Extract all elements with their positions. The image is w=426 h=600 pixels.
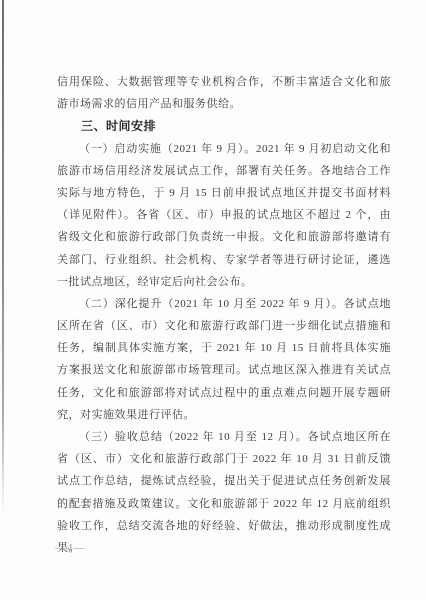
text-line: 的配套措施及政策建议。文化和旅游部于 2022 年 12 月底前组织 (57, 493, 391, 515)
text-line: 任务，文化和旅游部将对试点过程中的重点难点问题开展专题研 (57, 382, 391, 404)
text-line: 验收工作，总结交流各地的好经验、好做法，推动形成制度性成 (57, 515, 391, 537)
text-line: 省（区、市）文化和旅游行政部门于 2022 年 10 月 31 日前反馈 (57, 448, 391, 470)
text-line: 关部门、行业组织、社会机构、专家学者等进行研讨论证，遴选 (57, 249, 391, 271)
text-line: 信用保险、大数据管理等专业机构合作，不断丰富适合文化和旅 (57, 71, 391, 93)
text-line: 旅游市场信用经济发展试点工作，部署有关任务。各地结合工作 (57, 160, 391, 182)
text-line: 任务，编制具体实施方案，于 2021 年 10 月 15 日前将具体实施 (57, 337, 391, 359)
paragraph: （二）深化提升（2021 年 10 月至 2022 年 9 月）。各试点地区所在… (57, 293, 391, 426)
paragraph: （三）验收总结（2022 年 10 月至 12 月）。各试点地区所在省（区、市）… (57, 426, 391, 559)
text-line: 省级文化和旅游行政部门负责统一申报。文化和旅游部将邀请有 (57, 226, 391, 248)
page-number: —4— (55, 541, 86, 555)
text-line: 究，对实施效果进行评估。 (57, 404, 391, 426)
text-line: （一）启动实施（2021 年 9 月）。2021 年 9 月初启动文化和 (57, 138, 391, 160)
text-line: （详见附件）。各省（区、市）申报的试点地区不超过 2 个，由 (57, 204, 391, 226)
document-body: 信用保险、大数据管理等专业机构合作，不断丰富适合文化和旅游市场需求的信用产品和服… (57, 71, 391, 559)
text-line: （二）深化提升（2021 年 10 月至 2022 年 9 月）。各试点地 (57, 293, 391, 315)
text-line: 游市场需求的信用产品和服务供给。 (57, 93, 391, 115)
paragraph: 信用保险、大数据管理等专业机构合作，不断丰富适合文化和旅游市场需求的信用产品和服… (57, 71, 391, 115)
section-heading: 三、时间安排 (57, 115, 391, 137)
heading-line: 三、时间安排 (57, 115, 391, 137)
text-line: 实际与地方特色，于 9 月 15 日前申报试点地区并提交书面材料 (57, 182, 391, 204)
text-line: 试点工作总结，提炼试点经验，提出关于促进试点任务创新发展 (57, 470, 391, 492)
text-line: （三）验收总结（2022 年 10 月至 12 月）。各试点地区所在 (57, 426, 391, 448)
paragraph: （一）启动实施（2021 年 9 月）。2021 年 9 月初启动文化和旅游市场… (57, 138, 391, 293)
text-line: 一批试点地区，经审定后向社会公布。 (57, 271, 391, 293)
text-line: 果。 (57, 537, 391, 559)
document-page: 信用保险、大数据管理等专业机构合作，不断丰富适合文化和旅游市场需求的信用产品和服… (0, 0, 426, 600)
text-line: 方案报送文化和旅游部市场管理司。试点地区深入推进有关试点 (57, 359, 391, 381)
text-line: 区所在省（区、市）文化和旅游行政部门进一步细化试点措施和 (57, 315, 391, 337)
scan-edge-artifact (2, 0, 4, 515)
